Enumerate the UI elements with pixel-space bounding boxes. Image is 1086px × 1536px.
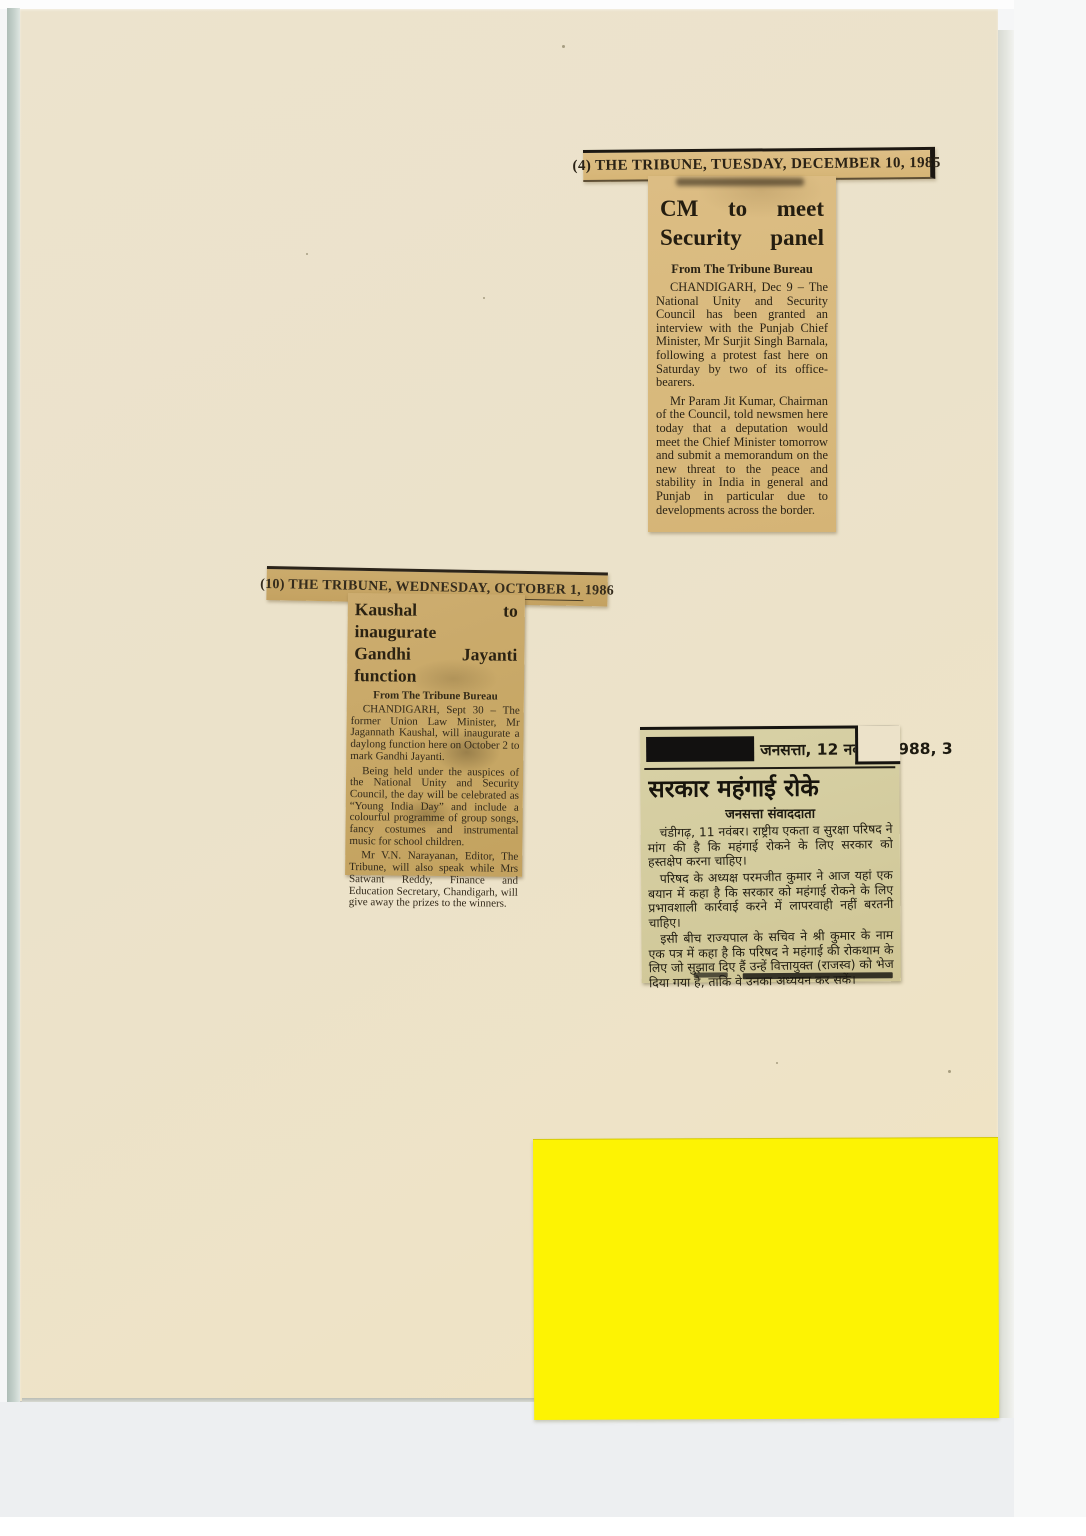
scanner-margin-right [1014, 0, 1086, 1536]
paper-speck [483, 297, 485, 299]
headline-line: Security panel [660, 223, 824, 252]
clipping-tribune-1986: Kaushal to inaugurate Gandhi Jayanti fun… [345, 593, 525, 877]
paper-speck [562, 45, 565, 48]
headline-line: CM to meet [660, 194, 824, 223]
article-paragraph: CHANDIGARH, Dec 9 – The National Unity a… [656, 281, 828, 390]
byline: From The Tribune Bureau [654, 262, 830, 277]
ink-redaction-block [646, 736, 754, 762]
article-paragraph: परिषद के अध्यक्ष परमजीत कुमार ने आज यहां… [648, 868, 894, 931]
byline: From The Tribune Bureau [351, 689, 520, 703]
cut-text-smudge [676, 178, 804, 186]
masthead-text: (4) THE TRIBUNE, TUESDAY, DECEMBER 10, 1… [572, 155, 940, 175]
article-paragraph: Mr Param Jit Kumar, Chairman of the Coun… [656, 395, 828, 517]
ink-smudge [743, 972, 893, 979]
ink-smudge [694, 972, 728, 977]
scanner-margin-top [0, 0, 1086, 9]
page-edge-shadow-right [998, 30, 1014, 1418]
article-paragraph: चंडीगढ़, 11 नवंबर। राष्ट्रीय एकता व सुरक… [647, 822, 893, 870]
paper-speck [948, 1070, 951, 1073]
torn-corner-notch [855, 725, 900, 764]
headline: CM to meet Security panel [660, 194, 824, 252]
masthead-rule [644, 766, 895, 770]
paper-speck [776, 1062, 778, 1064]
yellow-cover-card [533, 1137, 999, 1420]
article-paragraph: Mr V.N. Narayanan, Editor, The Tribune, … [349, 850, 519, 910]
article-paragraph: इसी बीच राज्यपाल के सचिव ने श्री कुमार क… [648, 928, 894, 991]
scanner-margin-bottom [0, 1517, 1086, 1536]
clipping-tribune-1985: CM to meet Security panel From The Tribu… [648, 176, 836, 532]
page-binding-edge [7, 8, 20, 1448]
headline: Kaushal to inaugurate Gandhi Jayanti fun… [354, 598, 518, 688]
scanned-scrapbook-page: (4) THE TRIBUNE, TUESDAY, DECEMBER 10, 1… [0, 0, 1086, 1536]
byline: जनसत्ता संवाददाता [641, 803, 900, 823]
headline-line: Kaushal to inaugurate [354, 598, 517, 644]
article-paragraph: Being held under the auspices of the Nat… [349, 766, 519, 850]
headline: सरकार महंगाई रोके [648, 773, 891, 803]
article-paragraph: CHANDIGARH, Sept 30 – The former Union L… [350, 704, 520, 764]
headline-line: Gandhi Jayanti function [354, 642, 517, 688]
clipping-jansatta-1988: जनसत्ता, 12 नवंबर, 1988, 3 सरकार महंगाई … [640, 725, 901, 983]
paper-speck [306, 253, 308, 255]
scanner-background-bottom [0, 1402, 1014, 1517]
